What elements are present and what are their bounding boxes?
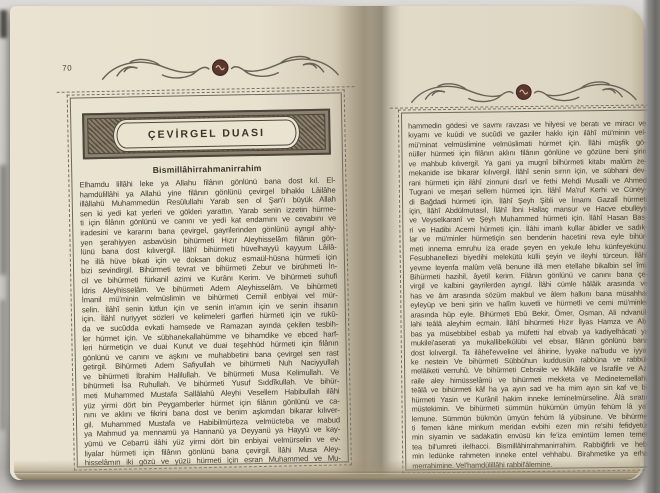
prayer-text-right: hammedin gödesi ve savmı ravzası ve hily… bbox=[408, 119, 650, 471]
stacked-page-edges bbox=[14, 460, 640, 480]
book-scan-background: 70 bbox=[0, 0, 660, 493]
header-scroll-ornament-icon bbox=[96, 48, 345, 89]
left-text-frame: ÇEVİRGEL DUASI Bismillâhirrahmanirrahim … bbox=[67, 89, 352, 470]
title-panel: ÇEVİRGEL DUASI bbox=[116, 119, 296, 148]
left-text-frame-inner: ÇEVİRGEL DUASI Bismillâhirrahmanirrahim … bbox=[70, 92, 349, 467]
scan-edge-smudge bbox=[0, 10, 7, 38]
title-ornate-frame: ÇEVİRGEL DUASI bbox=[82, 109, 331, 160]
scan-edge-smudge bbox=[0, 300, 5, 430]
prayer-text-left: Elhamdu lillâhi leke ya Allahu filânın g… bbox=[79, 176, 340, 469]
page-number-left: 70 bbox=[62, 64, 72, 73]
page-title: ÇEVİRGEL DUASI bbox=[148, 127, 265, 141]
right-text-frame-inner: hammedin gödesi ve savmı ravzası ve hily… bbox=[401, 109, 657, 470]
right-text-frame: hammedin gödesi ve savmı ravzası ve hily… bbox=[398, 106, 660, 473]
left-page: 70 bbox=[52, 51, 362, 479]
open-book: 70 bbox=[10, 6, 644, 480]
bismillah-heading: Bismillâhirrahmanirrahim bbox=[79, 162, 335, 177]
right-page: 71 bbox=[390, 74, 660, 481]
scan-right-edge-shadow bbox=[642, 0, 660, 493]
scan-edge-smudge bbox=[0, 165, 6, 275]
